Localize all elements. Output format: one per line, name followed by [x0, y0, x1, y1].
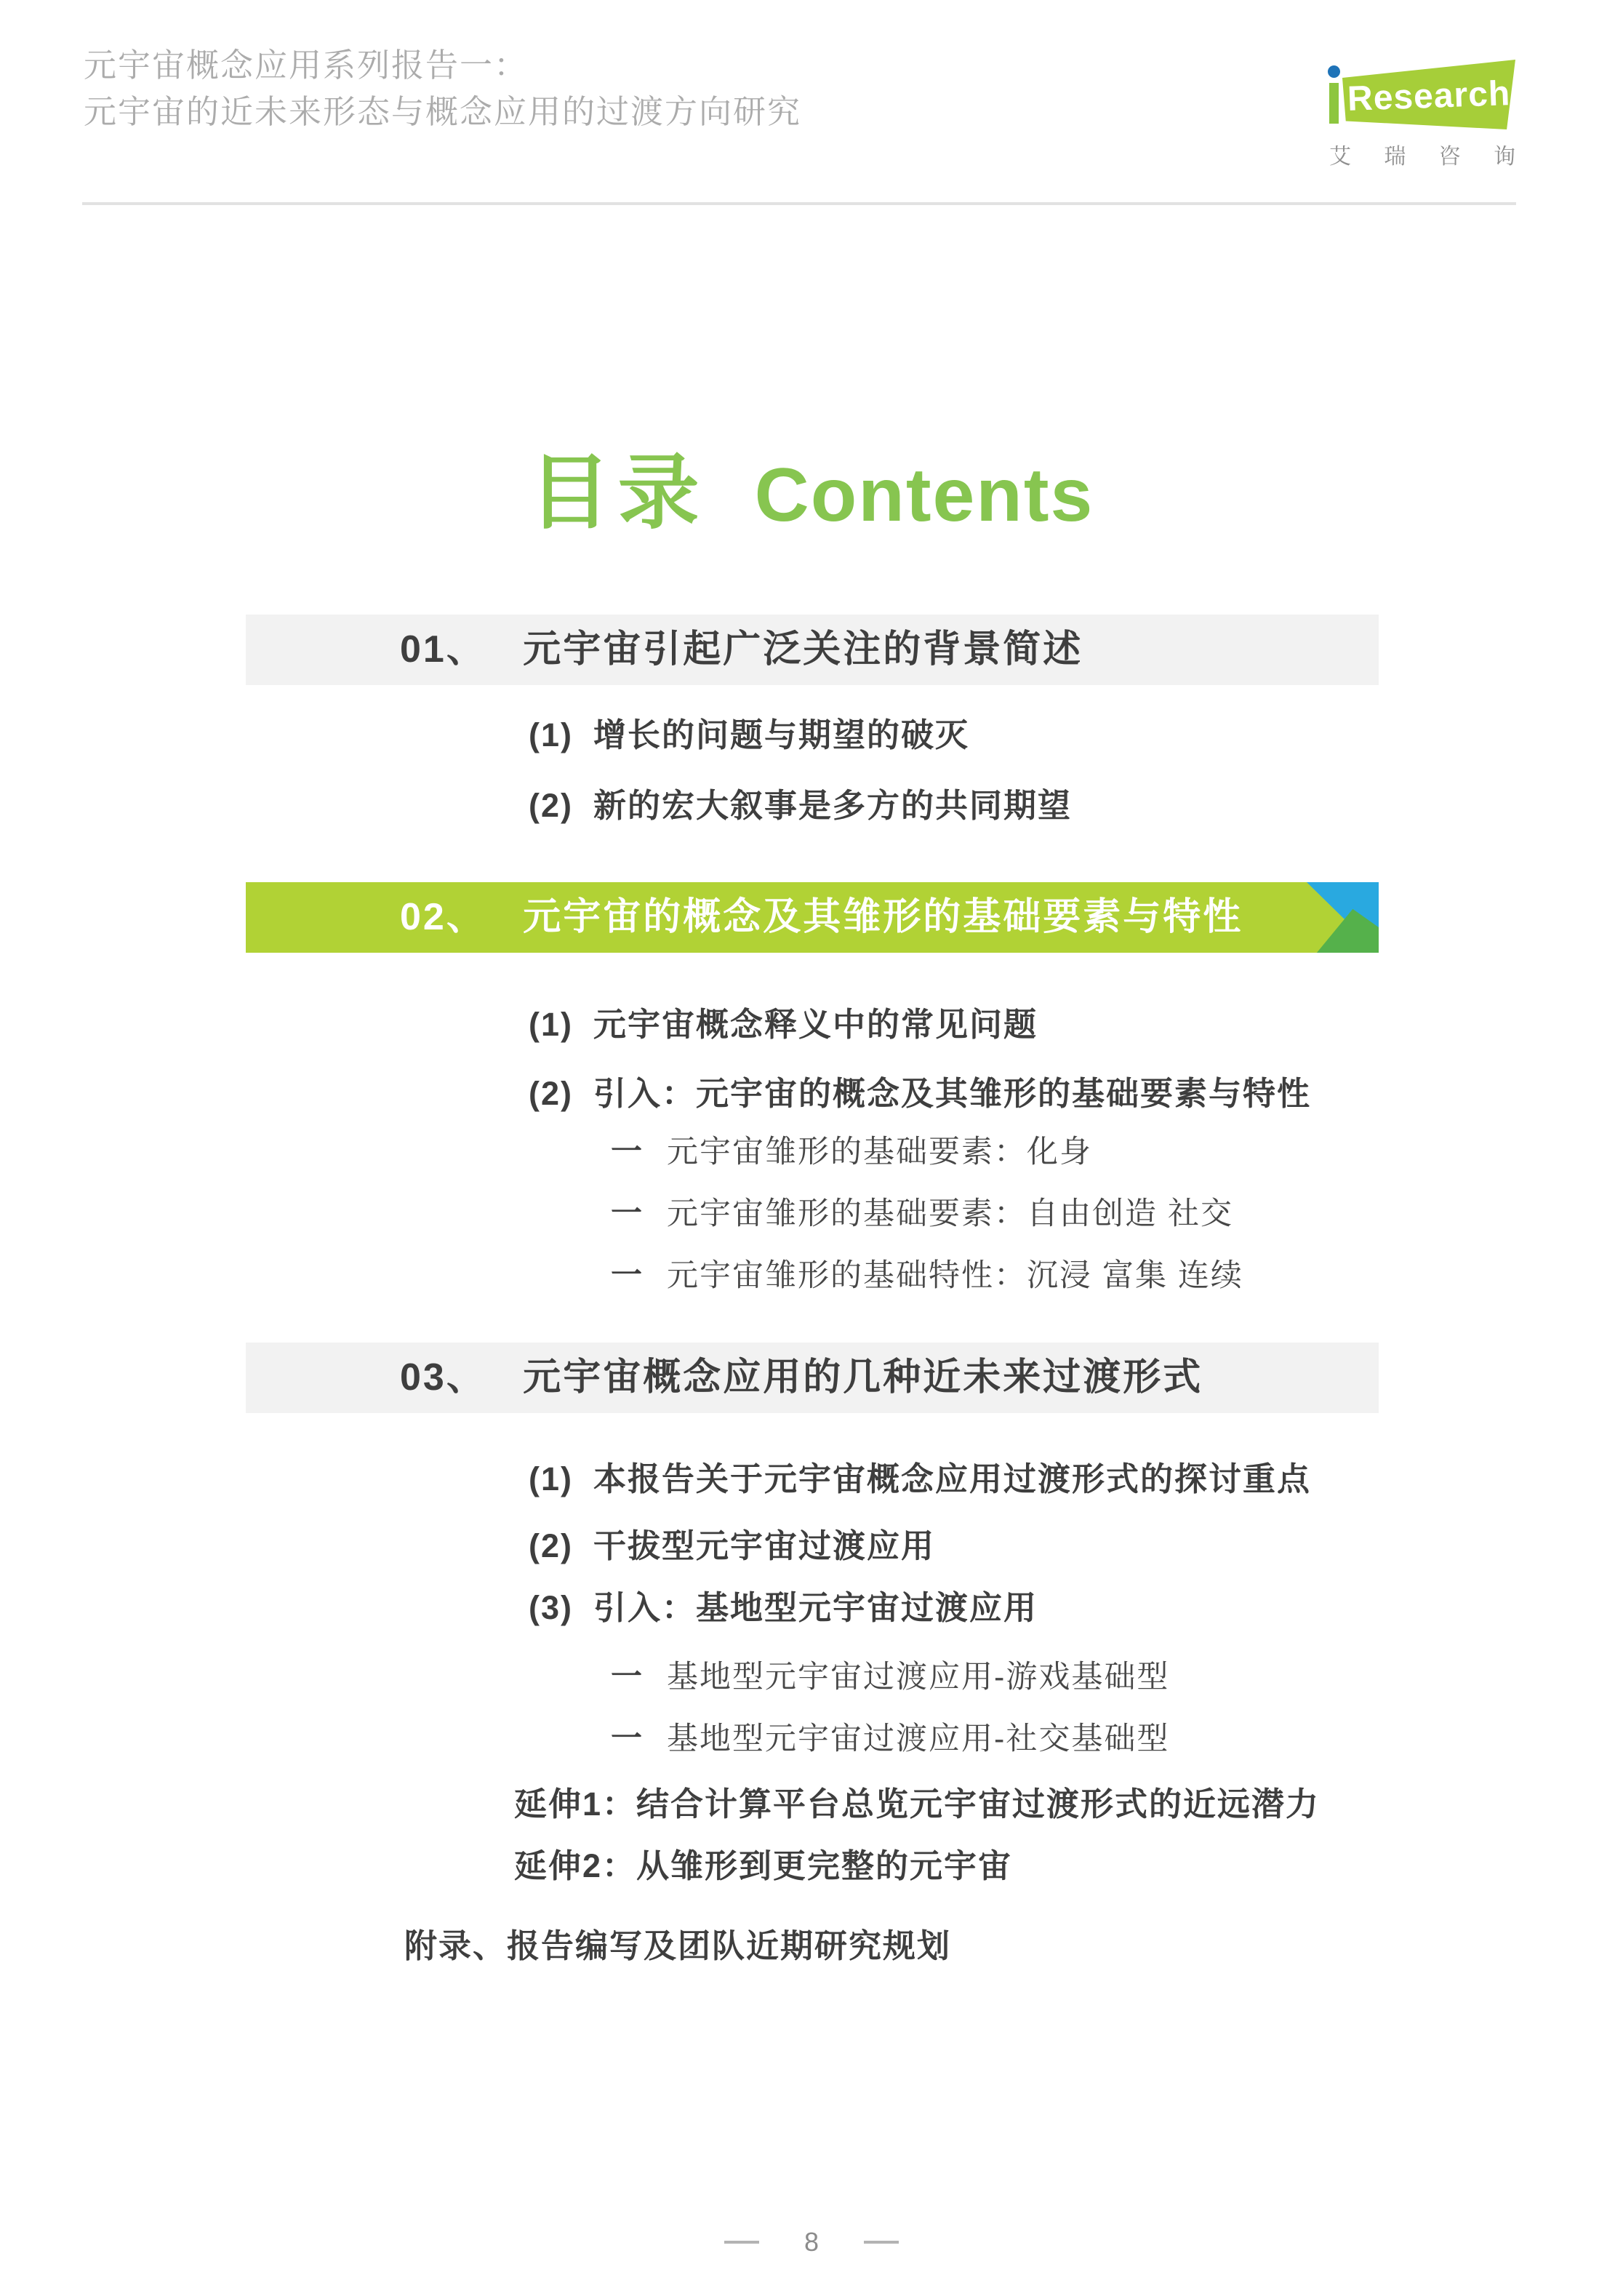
entry-label: (3) — [529, 1589, 573, 1626]
footer-dash-left — [724, 2241, 759, 2244]
logo-cn-char: 瑞 — [1384, 138, 1406, 170]
entry-label: (2) — [529, 787, 573, 824]
logo-cn-char: 咨 — [1439, 138, 1461, 170]
entry-text: 元宇宙概念释义中的常见问题 — [593, 1006, 1038, 1043]
toc-section-01-bar: 01、 元宇宙引起广泛关注的背景简述 — [246, 615, 1379, 685]
report-header: 元宇宙概念应用系列报告一： 元宇宙的近未来形态与概念应用的过渡方向研究 — [84, 42, 801, 135]
page-title: 目录 Contents — [0, 428, 1623, 545]
dash-bullet: 一 — [611, 1135, 644, 1169]
section-title: 元宇宙引起广泛关注的背景简述 — [523, 628, 1083, 671]
page-title-en: Contents — [755, 452, 1094, 539]
toc-entry: (1)元宇宙概念释义中的常见问题 — [246, 1006, 1379, 1044]
entry-text: 新的宏大叙事是多方的共同期望 — [593, 787, 1072, 824]
entry-label: (2) — [529, 1075, 573, 1112]
toc-sub-entry: 一元宇宙雏形的基础特性：沉浸 富集 连续 — [246, 1257, 1379, 1295]
section-number: 02、 — [400, 896, 486, 938]
toc-sub-entry: 一基地型元宇宙过渡应用-社交基础型 — [246, 1720, 1379, 1758]
sub-entry-text: 元宇宙雏形的基础要素：自由创造 社交 — [667, 1196, 1233, 1231]
entry-label: (1) — [529, 1460, 573, 1497]
toc-entry: (3)引入：基地型元宇宙过渡应用 — [246, 1589, 1379, 1627]
sub-entry-text: 基地型元宇宙过渡应用-社交基础型 — [667, 1721, 1169, 1756]
report-series-title: 元宇宙概念应用系列报告一： — [84, 42, 801, 89]
toc-section-03-bar: 03、 元宇宙概念应用的几种近未来过渡形式 — [246, 1343, 1379, 1413]
entry-text: 干拔型元宇宙过渡应用 — [593, 1527, 935, 1564]
report-subtitle: 元宇宙的近未来形态与概念应用的过渡方向研究 — [84, 89, 801, 135]
page-title-cn: 目录 — [529, 428, 707, 545]
entry-label: (1) — [529, 1006, 573, 1043]
entry-text: 增长的问题与期望的破灭 — [593, 716, 969, 753]
sub-entry-text: 基地型元宇宙过渡应用-游戏基础型 — [667, 1660, 1169, 1695]
logo-cn-char: 询 — [1494, 138, 1515, 170]
toc-sub-entry: 一元宇宙雏形的基础要素：自由创造 社交 — [246, 1195, 1379, 1233]
section-title: 元宇宙的概念及其雏形的基础要素与特性 — [523, 896, 1243, 938]
logo-i-stem-icon — [1329, 83, 1339, 124]
logo-i-dot-icon — [1328, 65, 1340, 78]
extension-label: 延伸1： — [514, 1785, 636, 1823]
toc-extension-entry: 延伸1：结合计算平台总览元宇宙过渡形式的近远潜力 — [246, 1785, 1379, 1823]
table-of-contents: 01、 元宇宙引起广泛关注的背景简述 (1)增长的问题与期望的破灭 (2)新的宏… — [246, 615, 1379, 1965]
section-number: 01、 — [400, 628, 486, 671]
extension-text: 结合计算平台总览元宇宙过渡形式的近远潜力 — [636, 1785, 1320, 1823]
iresearch-logo: Research 艾 瑞 咨 询 — [1318, 51, 1523, 167]
dash-bullet: 一 — [611, 1196, 644, 1231]
footer-dash-right — [864, 2241, 899, 2244]
dash-bullet: 一 — [611, 1258, 644, 1293]
page-number: 8 — [804, 2227, 819, 2257]
extension-text: 从雏形到更完整的元宇宙 — [636, 1847, 1012, 1884]
logo-cn-char: 艾 — [1329, 138, 1351, 170]
section-number: 03、 — [400, 1356, 486, 1399]
logo-chinese-name: 艾 瑞 咨 询 — [1329, 138, 1515, 170]
toc-entry: (2)新的宏大叙事是多方的共同期望 — [246, 787, 1379, 825]
logo-plate: Research — [1342, 60, 1515, 129]
entry-text: 引入：基地型元宇宙过渡应用 — [593, 1589, 1038, 1626]
dash-bullet: 一 — [611, 1721, 644, 1756]
extension-label: 延伸2： — [514, 1847, 636, 1884]
toc-entry: (1)增长的问题与期望的破灭 — [246, 716, 1379, 754]
sub-entry-text: 元宇宙雏形的基础特性：沉浸 富集 连续 — [667, 1258, 1243, 1293]
toc-entry: (2)引入：元宇宙的概念及其雏形的基础要素与特性 — [246, 1075, 1379, 1113]
dash-bullet: 一 — [611, 1660, 644, 1695]
logo-brand-name: Research — [1347, 71, 1511, 119]
report-toc-page: 元宇宙概念应用系列报告一： 元宇宙的近未来形态与概念应用的过渡方向研究 Rese… — [0, 0, 1623, 2296]
ribbon-arrow-decoration — [1307, 882, 1379, 953]
toc-sub-entry: 一元宇宙雏形的基础要素：化身 — [246, 1133, 1379, 1171]
toc-entry: (1)本报告关于元宇宙概念应用过渡形式的探讨重点 — [246, 1460, 1379, 1498]
header-divider — [82, 202, 1516, 205]
toc-appendix-entry: 附录、报告编写及团队近期研究规划 — [246, 1927, 1379, 1965]
entry-text: 本报告关于元宇宙概念应用过渡形式的探讨重点 — [593, 1460, 1311, 1497]
sub-entry-text: 元宇宙雏形的基础要素：化身 — [667, 1135, 1092, 1169]
page-footer: 8 — [0, 2227, 1623, 2257]
entry-label: (2) — [529, 1527, 573, 1564]
toc-entry: (2)干拔型元宇宙过渡应用 — [246, 1527, 1379, 1565]
entry-text: 引入：元宇宙的概念及其雏形的基础要素与特性 — [593, 1075, 1311, 1112]
toc-sub-entry: 一基地型元宇宙过渡应用-游戏基础型 — [246, 1658, 1379, 1696]
toc-section-02-bar: 02、 元宇宙的概念及其雏形的基础要素与特性 — [246, 882, 1379, 953]
entry-label: (1) — [529, 716, 573, 753]
toc-extension-entry: 延伸2：从雏形到更完整的元宇宙 — [246, 1847, 1379, 1885]
section-title: 元宇宙概念应用的几种近未来过渡形式 — [523, 1356, 1203, 1399]
